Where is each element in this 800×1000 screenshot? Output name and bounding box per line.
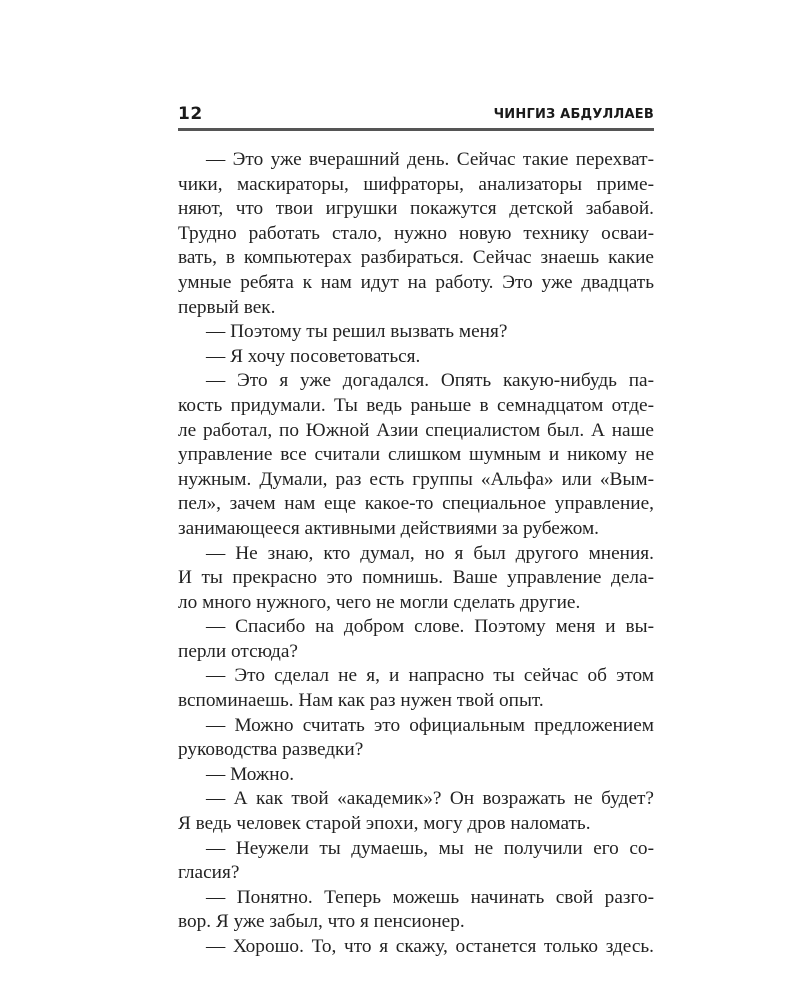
text-line: — Можно. (178, 763, 654, 788)
author-name: ЧИНГИЗ АБДУЛЛАЕВ (494, 107, 654, 122)
body-text: — Это уже вчерашний день. Сейчас такие п… (178, 148, 654, 960)
text-line: — Хорошо. То, что я скажу, останется тол… (178, 935, 654, 960)
text-line: — Понятно. Теперь можешь начинать свой р… (178, 886, 654, 911)
text-line: вор. Я уже забыл, что я пенсионер. (178, 910, 654, 935)
text-line: — А как твой «академик»? Он возражать не… (178, 787, 654, 812)
text-line: — Можно считать это официальным предложе… (178, 714, 654, 739)
text-line: — Неужели ты думаешь, мы не получили его… (178, 837, 654, 862)
text-line: руководства разведки? (178, 738, 654, 763)
header-rule (178, 128, 654, 131)
text-line: — Я хочу посоветоваться. (178, 345, 654, 370)
text-line: занимающееся активными действиями за руб… (178, 517, 654, 542)
text-line: нужным. Думали, раз есть группы «Альфа» … (178, 468, 654, 493)
text-line: вспоминаешь. Нам как раз нужен твой опыт… (178, 689, 654, 714)
text-line: вать, в компьютерах разбираться. Сейчас … (178, 246, 654, 271)
text-line: пел», зачем нам еще какое-то специальное… (178, 492, 654, 517)
text-line: гласия? (178, 861, 654, 886)
text-line: первый век. (178, 296, 654, 321)
text-line: Я ведь человек старой эпохи, могу дров н… (178, 812, 654, 837)
text-line: ле работал, по Южной Азии специалистом б… (178, 419, 654, 444)
text-line: — Не знаю, кто думал, но я был другого м… (178, 542, 654, 567)
running-header: 12 ЧИНГИЗ АБДУЛЛАЕВ (178, 104, 654, 128)
text-line: няют, что твои игрушки покажутся детской… (178, 197, 654, 222)
text-line: — Это сделал не я, и напрасно ты сейчас … (178, 664, 654, 689)
text-line: ло много нужного, чего не могли сделать … (178, 591, 654, 616)
text-line: — Это уже вчерашний день. Сейчас такие п… (178, 148, 654, 173)
text-line: И ты прекрасно это помнишь. Ваше управле… (178, 566, 654, 591)
text-line: Трудно работать стало, нужно новую техни… (178, 222, 654, 247)
text-line: чики, маскираторы, шифраторы, анализатор… (178, 173, 654, 198)
text-line: — Поэтому ты решил вызвать меня? (178, 320, 654, 345)
text-line: — Это я уже догадался. Опять какую-нибуд… (178, 369, 654, 394)
text-line: умные ребята к нам идут на работу. Это у… (178, 271, 654, 296)
page-number: 12 (178, 104, 203, 124)
text-line: перли отсюда? (178, 640, 654, 665)
text-line: кость придумали. Ты ведь раньше в семнад… (178, 394, 654, 419)
text-line: управление все считали слишком шумным и … (178, 443, 654, 468)
text-line: — Спасибо на добром слове. Поэтому меня … (178, 615, 654, 640)
